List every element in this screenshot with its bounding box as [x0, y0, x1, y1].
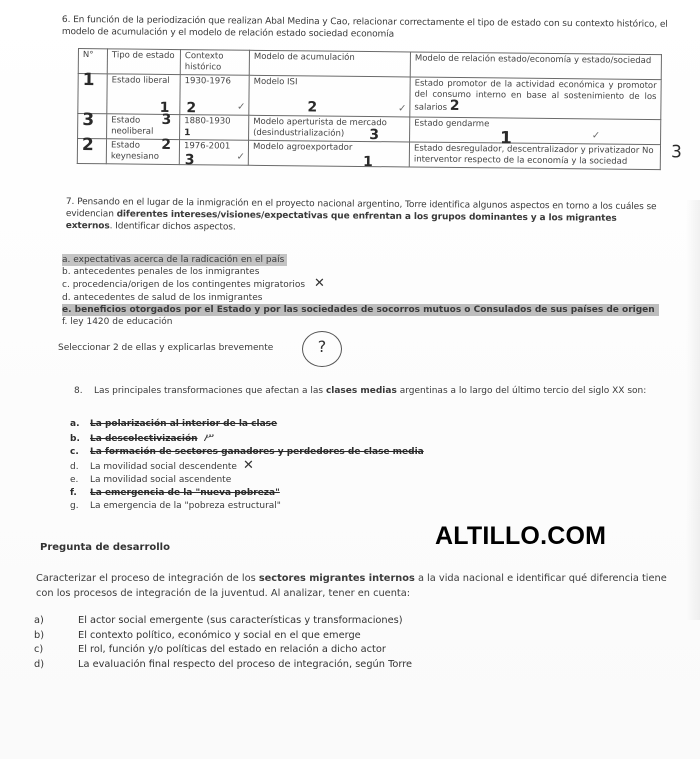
development-prompt: Caracterizar el proceso de integración d… — [36, 571, 686, 601]
check-mark-icon: ✓ — [398, 103, 407, 114]
question-7-options: a. expectativas acerca de la radicación … — [62, 254, 642, 328]
handwritten-number: 1 — [83, 70, 95, 90]
site-watermark: ALTILLO.COM — [435, 522, 606, 551]
tipo-cell: Estado liberal — [112, 75, 176, 87]
development-title: Pregunta de desarrollo — [40, 542, 170, 553]
option-e: e. beneficios otorgados por el Estado y … — [62, 304, 642, 316]
x-mark-icon: ✕ — [243, 458, 254, 473]
option-a: a.La polarización al interior de la clas… — [70, 418, 424, 431]
option-d: d. antecedentes de salud de los inmigran… — [62, 292, 642, 304]
scan-edge-shadow — [686, 200, 700, 620]
development-items: a)El actor social emergente (sus caracte… — [34, 614, 412, 672]
modelo-cell: Modelo aperturista de mercado (desindust… — [253, 117, 405, 141]
handwritten-mark: 2 — [186, 103, 196, 114]
handwritten-mark: 2 — [161, 140, 171, 151]
development-item-d: d)La evaluación final respecto del proce… — [34, 658, 412, 673]
handwritten-number: 3 — [82, 110, 94, 130]
scribble-mark-icon: ሥ — [204, 431, 214, 444]
circled-question-mark-icon: ? — [302, 331, 342, 367]
exam-page: 6. En función de la periodización que re… — [0, 0, 700, 759]
relacion-cell: Estado gendarme — [414, 119, 656, 133]
header-relacion: Modelo de relación estado/economía y est… — [410, 52, 661, 80]
prompt-text: . Identificar dichos aspectos. — [110, 221, 236, 232]
option-a: a. expectativas acerca de la radicación … — [62, 254, 642, 266]
handwritten-mark: 3 — [161, 115, 171, 126]
handwritten-mark: 2 — [450, 98, 460, 114]
handwritten-number: 2 — [82, 135, 94, 155]
header-tipo: Tipo de estado — [107, 49, 180, 75]
handwritten-mark: 3 — [671, 147, 682, 158]
option-b: b.La descolectivizaciónሥ — [70, 431, 424, 446]
option-d: d.La movilidad social descendente✕ — [70, 459, 424, 474]
option-b: b. antecedentes penales de los inmigrant… — [62, 266, 642, 278]
handwritten-mark: 2 — [307, 102, 317, 113]
table-row: 2 Estado keynesiano 2 1976-2001 3 ✓ Mode… — [77, 139, 660, 170]
handwritten-mark: 3 — [185, 155, 195, 166]
relacion-cell: Estado desregulador, descentralizador y … — [414, 144, 656, 169]
check-mark-icon: ✓ — [237, 102, 246, 113]
question-number: 8. — [74, 386, 83, 396]
question-6-prompt: 6. En función de la periodización que re… — [62, 14, 672, 43]
question-8-options: a.La polarización al interior de la clas… — [70, 418, 424, 513]
development-item-b: b)El contexto político, económico y soci… — [34, 629, 412, 644]
option-c: c. procedencia/origen de los contingente… — [62, 278, 642, 291]
modelo-cell: Modelo ISI — [254, 77, 406, 90]
question-8-prompt: 8. Las principales transformaciones que … — [74, 386, 694, 396]
handwritten-mark: 3 — [369, 130, 379, 141]
check-mark-icon: ✓ — [592, 130, 601, 141]
contexto-cell: 1880-1930 — [184, 116, 244, 128]
question-6-table: N° Tipo de estado Contexto histórico Mod… — [77, 48, 662, 170]
selection-instruction: Seleccionar 2 de ellas y explicarlas bre… — [58, 343, 273, 353]
modelo-cell: Modelo agroexportador — [253, 142, 405, 155]
option-f: f. ley 1420 de educación — [62, 316, 642, 328]
question-7-prompt: 7. Pensando en el lugar de la inmigració… — [66, 196, 666, 237]
option-f: f.La emergencia de la "nueva pobreza" — [70, 487, 424, 500]
header-contexto: Contexto histórico — [180, 50, 249, 76]
check-mark-icon: ✓ — [236, 152, 245, 163]
development-item-a: a)El actor social emergente (sus caracte… — [34, 614, 412, 629]
contexto-cell: 1930-1976 — [185, 76, 245, 88]
header-modelo: Modelo de acumulación — [249, 50, 410, 77]
handwritten-mark: 1 — [363, 157, 373, 168]
option-e: e.La movilidad social ascendente — [70, 474, 424, 487]
development-item-c: c)El rol, función y/o políticas del esta… — [34, 643, 412, 658]
contexto-cell: 1976-2001 — [184, 141, 244, 153]
option-g: g.La emergencia de la "pobreza estructur… — [70, 500, 424, 513]
x-mark-icon: ✕ — [314, 276, 325, 291]
handwritten-mark: 1 — [184, 128, 190, 139]
